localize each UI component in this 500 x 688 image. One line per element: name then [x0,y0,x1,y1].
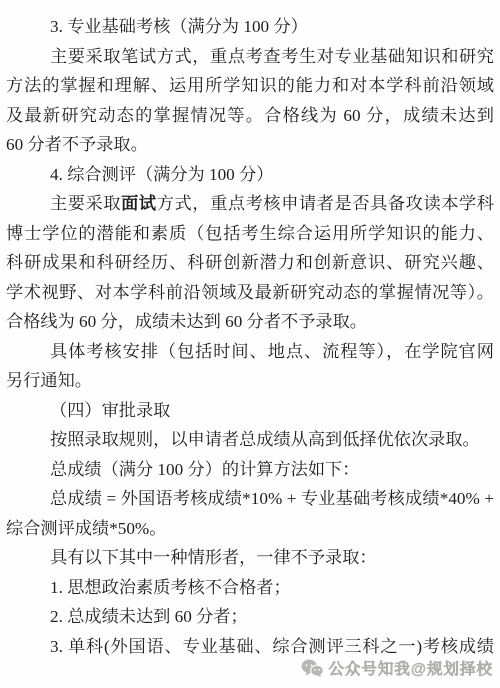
text-run: 博士学位的潜能和素质（包括考生综合运用所学知识的能力、 [6,224,494,243]
text-line: 具体考核安排（包括时间、地点、流程等），在学院官网 [6,337,494,367]
rejection-intro: 具有以下其中一种情形者，一律不予录取： [6,543,494,573]
text-run: 按照录取规则，以申请者总成绩从高到低择优依次录取。 [50,430,480,449]
text-run: 3. 专业基础考核（满分为 100 分） [50,17,308,36]
text-run: 2. 总成绩未达到 60 分者； [50,607,248,626]
text-line: 合格线为 60 分，成绩未达到 60 分者不予录取。 [6,307,494,337]
text-run: 主要采取 [50,194,121,213]
item-3-body: 主要采取笔试方式，重点考查考生对专业基础知识和研究方法的掌握和理解、运用所学知识… [6,42,494,160]
text-run: 学术视野、对本学科前沿领域及最新研究动态的掌握情况等）。 [6,283,494,302]
text-run: （四）审批录取 [50,401,170,420]
text-line: 具有以下其中一种情形者，一律不予录取： [6,543,494,573]
arrangement-note: 具体考核安排（包括时间、地点、流程等），在学院官网另行通知。 [6,337,494,396]
rejection-item-1: 1. 思想政治素质考核不合格者； [6,573,494,603]
text-line: 综合测评成绩*50%。 [6,514,494,544]
text-line: 按照录取规则，以申请者总成绩从高到低择优依次录取。 [6,425,494,455]
wechat-icon [301,659,324,678]
text-line: 另行通知。 [6,366,494,396]
text-run: 1. 思想政治素质考核不合格者； [50,578,291,597]
text-line: 博士学位的潜能和素质（包括考生综合运用所学知识的能力、 [6,219,494,249]
document-page: 3. 专业基础考核（满分为 100 分）主要采取笔试方式，重点考查考生对专业基础… [0,0,500,688]
text-run: 具有以下其中一种情形者，一律不予录取： [50,548,377,567]
item-4-heading: 4. 综合测评（满分为 100 分） [6,160,494,190]
text-run: 60 分者不予录取。 [6,135,148,154]
text-line: 总成绩 = 外国语考核成绩*10% + 专业基础考核成绩*40% + [6,484,494,514]
text-run: 4. 综合测评（满分为 100 分） [50,165,273,184]
text-run: 方式，重点考核申请者是否具备攻读本学科 [157,194,494,213]
rejection-item-2: 2. 总成绩未达到 60 分者； [6,602,494,632]
text-run: 及最新研究动态的掌握情况等。合格线为 60 分，成绩未达到 [6,106,494,125]
text-line: 总成绩（满分 100 分）的计算方法如下： [6,455,494,485]
text-line: 及最新研究动态的掌握情况等。合格线为 60 分，成绩未达到 [6,101,494,131]
item-4-body: 主要采取面试方式，重点考核申请者是否具备攻读本学科博士学位的潜能和素质（包括考生… [6,189,494,337]
text-run: 总成绩 = 外国语考核成绩*10% + 专业基础考核成绩*40% + [50,489,494,508]
watermark: 公众号知我@规划择校 [301,657,493,679]
total-score-intro: 总成绩（满分 100 分）的计算方法如下： [6,455,494,485]
text-line: 1. 思想政治素质考核不合格者； [6,573,494,603]
text-line: 方法的掌握和理解、运用所学知识的能力和对本学科前沿领域 [6,71,494,101]
bold-text-run: 面试 [121,194,157,213]
item-3-heading: 3. 专业基础考核（满分为 100 分） [6,12,494,42]
text-line: 主要采取笔试方式，重点考查考生对专业基础知识和研究 [6,42,494,72]
text-run: 方法的掌握和理解、运用所学知识的能力和对本学科前沿领域 [6,76,494,95]
text-line: 60 分者不予录取。 [6,130,494,160]
text-line: 3. 专业基础考核（满分为 100 分） [6,12,494,42]
text-run: 总成绩（满分 100 分）的计算方法如下： [50,460,359,479]
text-line: 科研成果和科研经历、科研创新潜力和创新意识、研究兴趣、 [6,248,494,278]
text-line: 学术视野、对本学科前沿领域及最新研究动态的掌握情况等）。 [6,278,494,308]
text-line: 4. 综合测评（满分为 100 分） [6,160,494,190]
text-run: 综合测评成绩*50%。 [6,519,166,538]
watermark-text: 公众号知我@规划择校 [328,657,493,679]
section-4-heading: （四）审批录取 [6,396,494,426]
text-run: 另行通知。 [6,371,92,390]
text-run: 主要采取笔试方式，重点考查考生对专业基础知识和研究 [50,47,494,66]
text-line: 主要采取面试方式，重点考核申请者是否具备攻读本学科 [6,189,494,219]
admission-rule: 按照录取规则，以申请者总成绩从高到低择优依次录取。 [6,425,494,455]
text-run: 具体考核安排（包括时间、地点、流程等），在学院官网 [50,342,494,361]
text-run: 科研成果和科研经历、科研创新潜力和创新意识、研究兴趣、 [6,253,494,272]
document-body: 3. 专业基础考核（满分为 100 分）主要采取笔试方式，重点考查考生对专业基础… [0,0,500,661]
text-line: 2. 总成绩未达到 60 分者； [6,602,494,632]
total-score-formula: 总成绩 = 外国语考核成绩*10% + 专业基础考核成绩*40% +综合测评成绩… [6,484,494,543]
text-run: 合格线为 60 分，成绩未达到 60 分者不予录取。 [6,312,367,331]
text-line: （四）审批录取 [6,396,494,426]
text-run: 3. 单科(外国语、专业基础、综合测评三科之一)考核成绩 [50,637,494,656]
